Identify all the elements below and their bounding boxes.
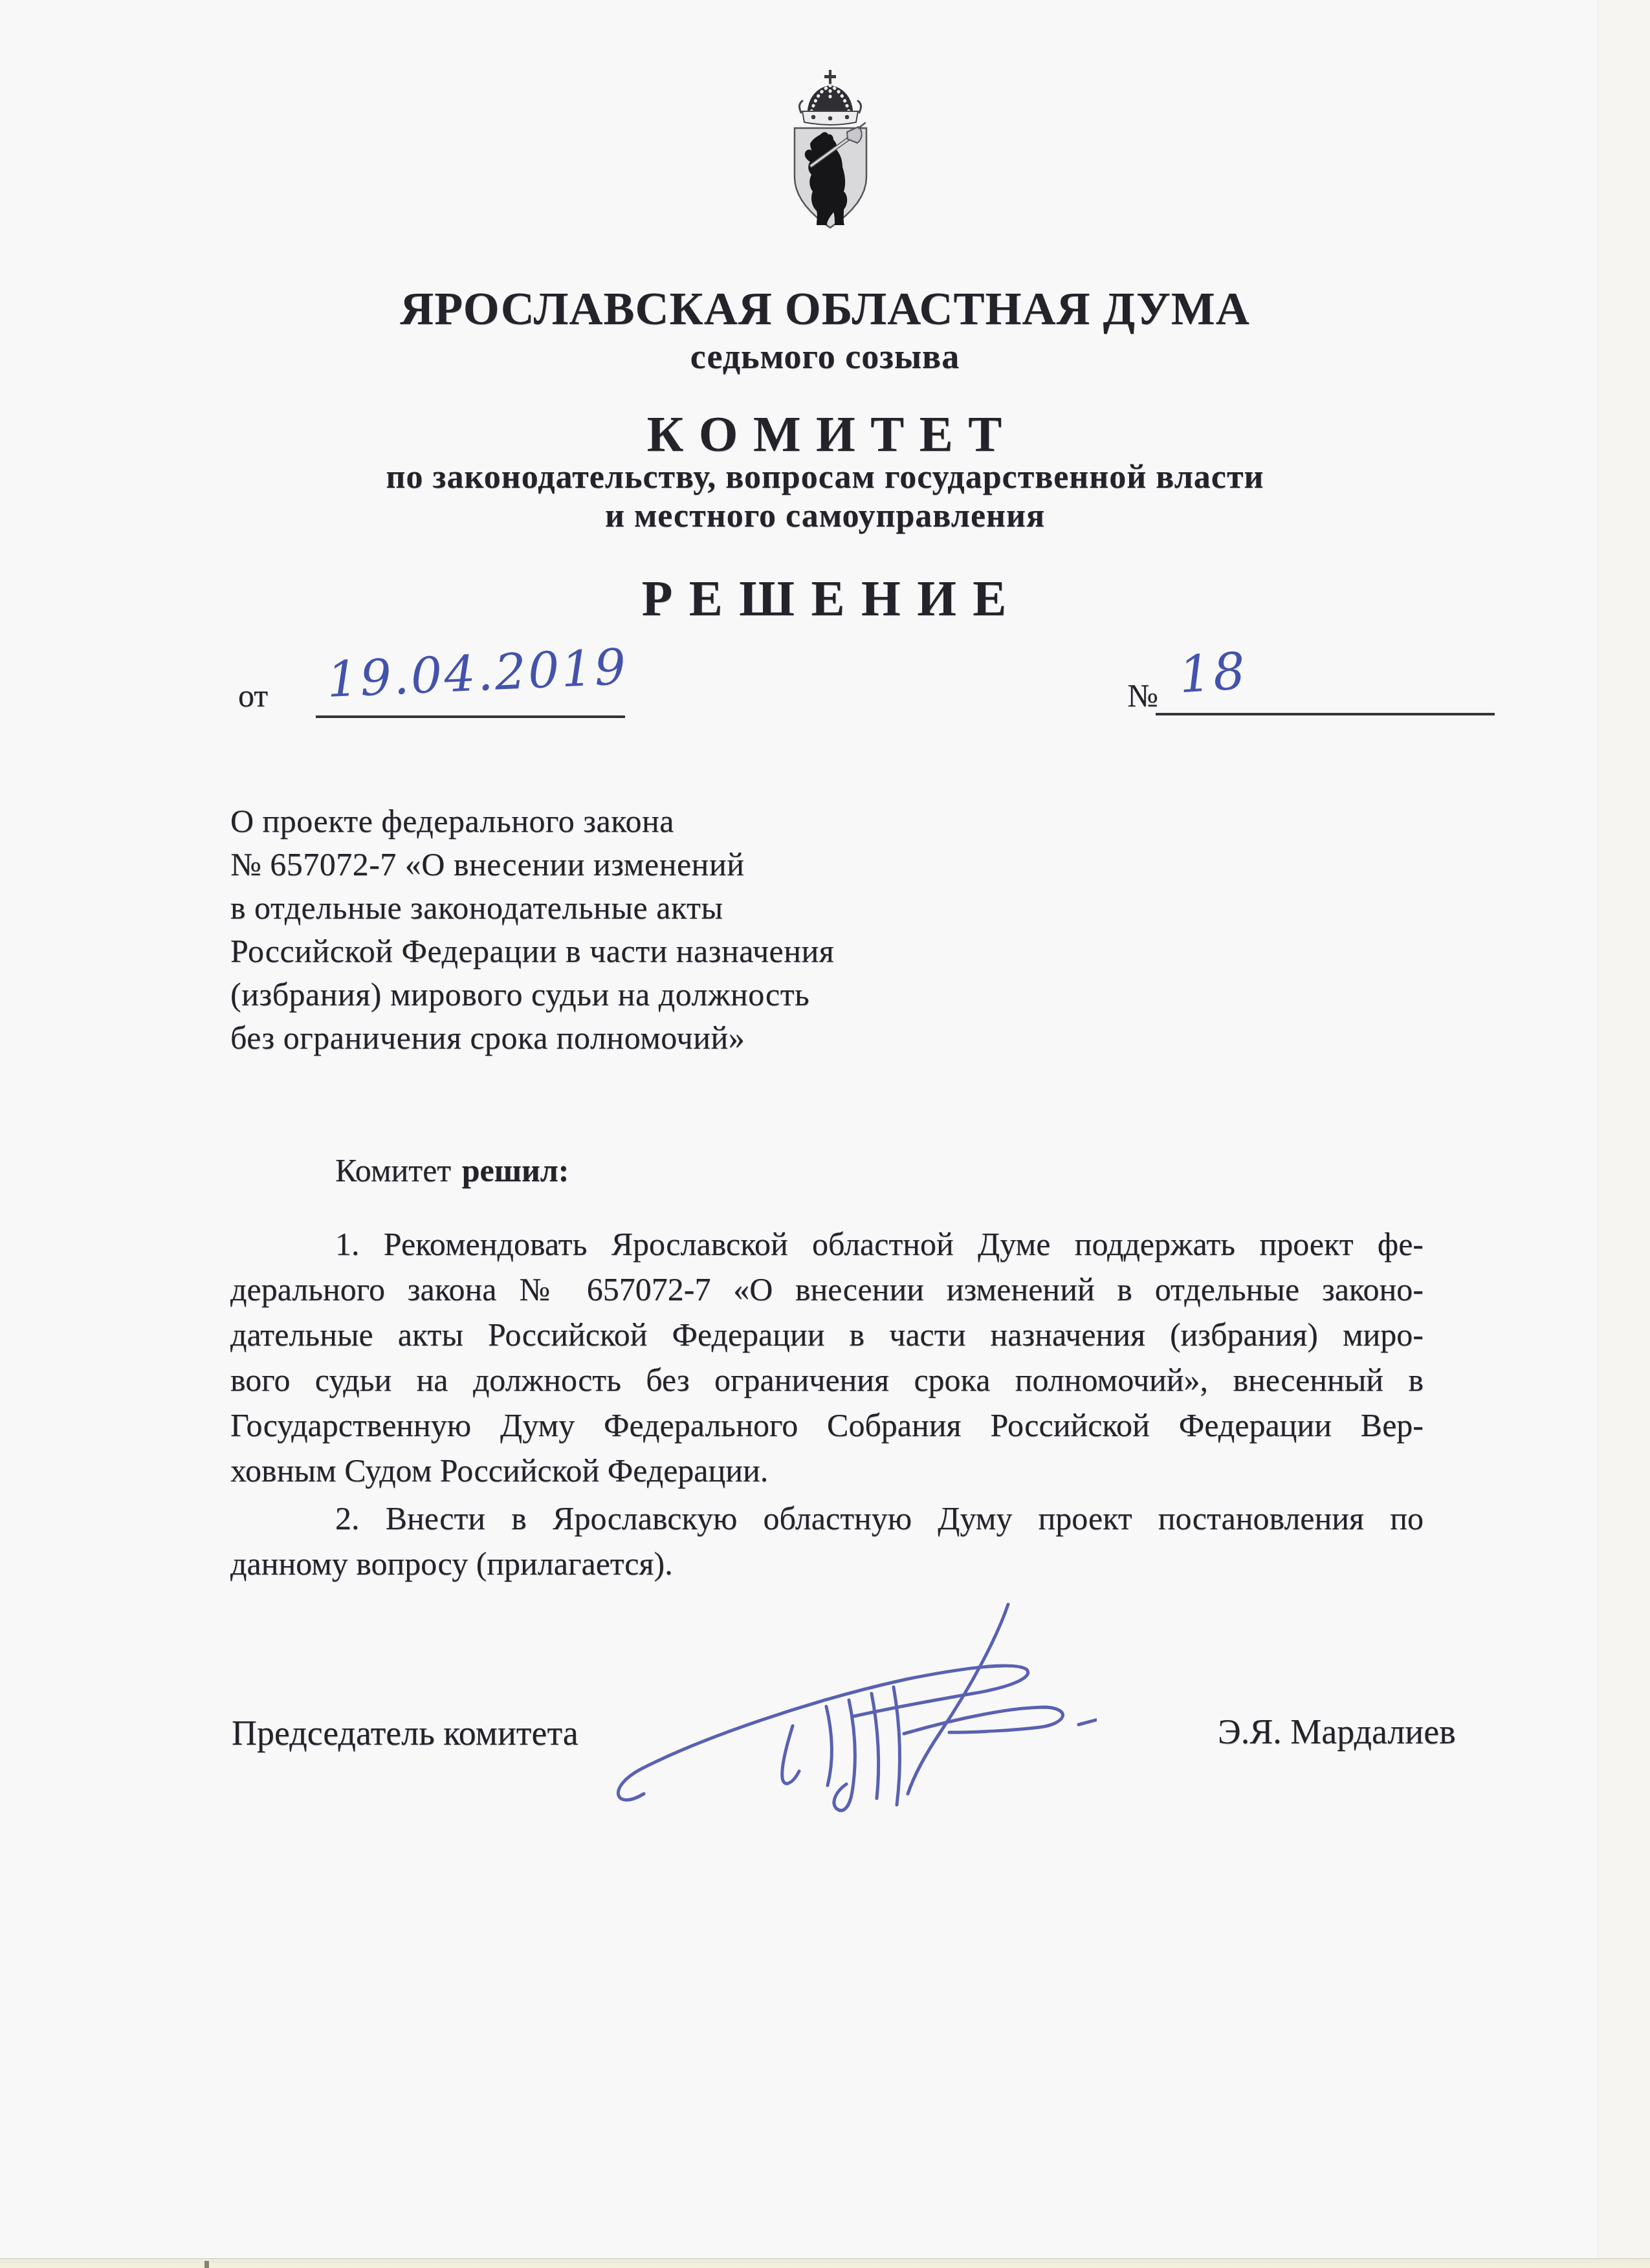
date-label: от bbox=[238, 677, 268, 714]
number-value-handwritten: 18 bbox=[1177, 642, 1249, 704]
signature-title: Председатель комитета bbox=[232, 1713, 578, 1753]
scanned-document-page: ЯРОСЛАВСКАЯ ОБЛАСТНАЯ ДУМА седьмого созы… bbox=[0, 0, 1650, 2268]
crown-icon bbox=[799, 70, 861, 125]
number-underline bbox=[1156, 713, 1495, 715]
signature-scribble bbox=[599, 1577, 1097, 1829]
date-value-handwritten: 19.04.2019 bbox=[325, 638, 629, 708]
subject-line: № 657072-7 «О внесении изменений bbox=[230, 843, 834, 886]
org-convocation: седьмого созыва bbox=[0, 336, 1650, 376]
subject-line: (избрания) мирового судьи на должность bbox=[230, 973, 834, 1016]
date-underline bbox=[316, 715, 625, 718]
body-line: дательные акты Российской Федерации в ча… bbox=[230, 1312, 1424, 1357]
subject-block: О проекте федерального закона № 657072-7… bbox=[230, 800, 834, 1060]
coat-of-arms-icon bbox=[780, 66, 881, 233]
subject-line: в отдельные законодательные акты bbox=[230, 886, 834, 930]
committee-desc-line-1: по законодательству, вопросам государств… bbox=[0, 458, 1650, 496]
body-line: вого судьи на должность без ограничения … bbox=[230, 1357, 1424, 1402]
scan-speck bbox=[204, 2261, 209, 2268]
subject-line: Российской Федерации в части назначения bbox=[230, 930, 834, 973]
body-paragraph-1: 1. Рекомендовать Ярославской областной Д… bbox=[230, 1221, 1424, 1493]
body-line: ховным Судом Российской Федерации. bbox=[230, 1448, 1424, 1493]
body-line: Государственную Думу Федерального Собран… bbox=[230, 1402, 1424, 1448]
scan-right-edge bbox=[1598, 0, 1650, 2268]
body-line: 1. Рекомендовать Ярославской областной Д… bbox=[230, 1221, 1424, 1267]
scan-bottom-edge bbox=[0, 2258, 1650, 2268]
doc-type-title: Р Е Ш Е Н И Е bbox=[0, 569, 1650, 627]
signature-name: Э.Я. Мардалиев bbox=[1218, 1712, 1456, 1752]
subject-line: О проекте федерального закона bbox=[230, 800, 834, 843]
committee-desc-line-2: и местного самоуправления bbox=[0, 497, 1650, 535]
body-line: дерального закона № 657072-7 «О внесении… bbox=[230, 1267, 1424, 1312]
number-label: № bbox=[1127, 677, 1158, 714]
resolved-line: Комитетрешил: bbox=[335, 1151, 569, 1189]
resolved-word: решил: bbox=[462, 1152, 569, 1188]
org-title: ЯРОСЛАВСКАЯ ОБЛАСТНАЯ ДУМА bbox=[0, 282, 1650, 336]
body-paragraph-2: 2. Внести в Ярославскую областную Думу п… bbox=[230, 1496, 1424, 1586]
subject-line: без ограничения срока полномочий» bbox=[230, 1016, 834, 1060]
committee-title: К О М И Т Е Т bbox=[0, 405, 1650, 463]
resolved-prefix: Комитет bbox=[335, 1152, 451, 1188]
body-line: 2. Внести в Ярославскую областную Думу п… bbox=[230, 1496, 1424, 1541]
